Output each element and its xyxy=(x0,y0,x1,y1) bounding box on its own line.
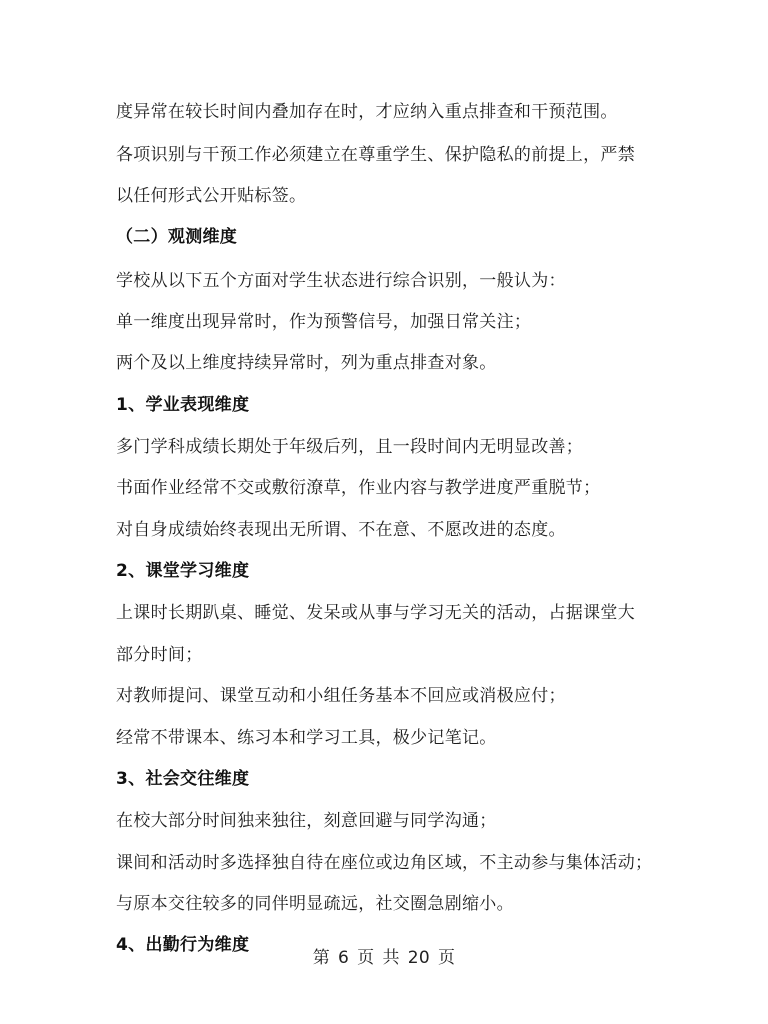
paragraph-line: 书面作业经常不交或敷衍潦草，作业内容与教学进度严重脱节； xyxy=(116,476,600,500)
section-heading: 1、学业表现维度 xyxy=(116,393,249,417)
section-heading: 2、课堂学习维度 xyxy=(116,559,249,583)
paragraph-line: 上课时长期趴桌、睡觉、发呆或从事与学习无关的活动，占据课堂大 xyxy=(116,601,635,625)
footer-total-word: 共 xyxy=(382,948,399,968)
heading-text: （二）观测维度 xyxy=(116,227,237,247)
footer-suffix: 页 xyxy=(438,948,455,968)
paragraph-line: 度异常在较长时间内叠加存在时，才应纳入重点排查和干预范围。 xyxy=(116,100,618,124)
paragraph-text: 学校从以下五个方面对学生状态进行综合识别，一般认为： xyxy=(116,271,566,291)
paragraph-line: 在校大部分时间独来独往，刻意回避与同学沟通； xyxy=(116,809,497,833)
paragraph-text: 上课时长期趴桌、睡觉、发呆或从事与学习无关的活动，占据课堂大 xyxy=(116,603,635,623)
section-heading: （二）观测维度 xyxy=(116,225,237,249)
paragraph-text: 两个及以上维度持续异常时，列为重点排查对象。 xyxy=(116,353,497,373)
paragraph-line: 对教师提问、课堂互动和小组任务基本不回应或消极应付； xyxy=(116,684,566,708)
paragraph-text: 度异常在较长时间内叠加存在时，才应纳入重点排查和干预范围。 xyxy=(116,102,618,122)
heading-number: 1 xyxy=(116,395,128,415)
paragraph-line: 各项识别与干预工作必须建立在尊重学生、保护隐私的前提上，严禁 xyxy=(116,143,635,167)
paragraph-text: 对教师提问、课堂互动和小组任务基本不回应或消极应付； xyxy=(116,686,566,706)
paragraph-text: 经常不带课本、练习本和学习工具，极少记笔记。 xyxy=(116,728,497,748)
paragraph-line: 以任何形式公开贴标签。 xyxy=(116,184,306,208)
paragraph-text: 多门学科成绩长期处于年级后列，且一段时间内无明显改善； xyxy=(116,437,583,457)
total-pages-number: 20 xyxy=(408,948,430,968)
paragraph-text: 单一维度出现异常时，作为预警信号，加强日常关注； xyxy=(116,312,531,332)
paragraph-line: 课间和活动时多选择独自待在座位或边角区域，不主动参与集体活动； xyxy=(116,851,652,875)
current-page-number: 6 xyxy=(338,948,349,968)
paragraph-line: 与原本交往较多的同伴明显疏远，社交圈急剧缩小。 xyxy=(116,892,514,916)
paragraph-line: 两个及以上维度持续异常时，列为重点排查对象。 xyxy=(116,351,497,375)
paragraph-text: 课间和活动时多选择独自待在座位或边角区域，不主动参与集体活动； xyxy=(116,853,652,873)
paragraph-text: 部分时间； xyxy=(116,645,203,665)
heading-number: 2 xyxy=(116,561,128,581)
footer-page-word: 页 xyxy=(357,948,374,968)
paragraph-text: 以任何形式公开贴标签。 xyxy=(116,186,306,206)
paragraph-text: 各项识别与干预工作必须建立在尊重学生、保护隐私的前提上，严禁 xyxy=(116,145,635,165)
paragraph-text: 在校大部分时间独来独往，刻意回避与同学沟通； xyxy=(116,811,497,831)
paragraph-line: 部分时间； xyxy=(116,643,203,667)
heading-text: 、社会交往维度 xyxy=(128,769,249,789)
footer-prefix: 第 xyxy=(313,948,330,968)
paragraph-line: 对自身成绩始终表现出无所谓、不在意、不愿改进的态度。 xyxy=(116,518,566,542)
paragraph-line: 多门学科成绩长期处于年级后列，且一段时间内无明显改善； xyxy=(116,435,583,459)
document-page: 度异常在较长时间内叠加存在时，才应纳入重点排查和干预范围。各项识别与干预工作必须… xyxy=(0,0,768,1024)
heading-text: 、课堂学习维度 xyxy=(128,561,249,581)
heading-number: 3 xyxy=(116,769,128,789)
section-heading: 3、社会交往维度 xyxy=(116,767,249,791)
paragraph-line: 经常不带课本、练习本和学习工具，极少记笔记。 xyxy=(116,726,497,750)
paragraph-line: 单一维度出现异常时，作为预警信号，加强日常关注； xyxy=(116,310,531,334)
heading-text: 、学业表现维度 xyxy=(128,395,249,415)
page-footer: 第6页共20页 xyxy=(0,946,768,970)
paragraph-text: 对自身成绩始终表现出无所谓、不在意、不愿改进的态度。 xyxy=(116,520,566,540)
paragraph-line: 学校从以下五个方面对学生状态进行综合识别，一般认为： xyxy=(116,269,566,293)
paragraph-text: 与原本交往较多的同伴明显疏远，社交圈急剧缩小。 xyxy=(116,894,514,914)
paragraph-text: 书面作业经常不交或敷衍潦草，作业内容与教学进度严重脱节； xyxy=(116,478,600,498)
